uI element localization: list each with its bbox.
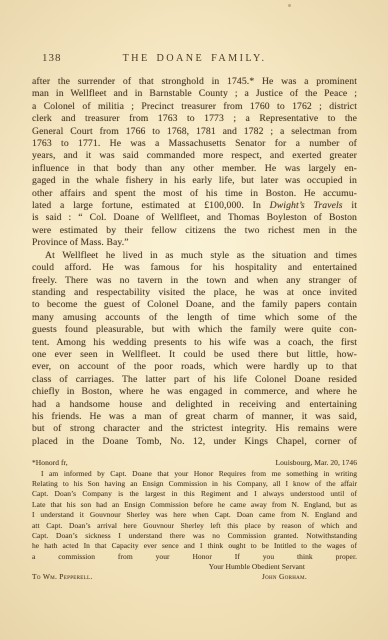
text-line: I understand it Gouvnour Sherley was her…: [32, 510, 357, 520]
text-line: placed in the Doane Tomb, No. 12, under …: [32, 436, 357, 448]
text-line: class of carriages. The latter part of h…: [32, 374, 357, 386]
footnote-signature-row: To Wm. Pepperell. John Gorham.: [32, 572, 357, 582]
text-line: General Court from 1766 to 1768, 1781 an…: [32, 126, 357, 138]
text-line: Capt. Doan’s sickness I understand there…: [32, 531, 357, 541]
footnote-signature: John Gorham.: [262, 572, 307, 582]
text-line: had a handsome house and delighted in re…: [32, 399, 357, 411]
text-line: is said : “ Col. Doane of Wellfleet, and…: [32, 212, 357, 224]
text-line: were estimated by their fellow citizens …: [32, 225, 357, 237]
text-line: At Wellfleet he lived in as much style a…: [32, 250, 357, 262]
text-line: a Colonel of militia ; Precinct treasure…: [32, 101, 357, 113]
text-line: Late that his son had an Ensign Commissi…: [32, 500, 357, 510]
footnote-closing: Your Humble Obedient Servant: [32, 562, 357, 572]
text-line: tent. Among his wedding presents to his …: [32, 337, 357, 349]
footnote-body: I am informed by Capt. Doane that your H…: [32, 469, 357, 563]
text-line: years, and it was said commanded more re…: [32, 150, 357, 162]
text-line: other affairs and spent the most of his …: [32, 188, 357, 200]
text-line: I am informed by Capt. Doane that your H…: [32, 469, 357, 479]
footnote-headline: *Honord fr, Louisbourg, Mar. 20, 1746: [32, 458, 357, 468]
text-line: could afford. He was famous for his hosp…: [32, 262, 357, 274]
text-line: a commission from your Honor If you thin…: [32, 552, 357, 562]
running-title: THE DOANE FAMILY.: [32, 52, 357, 65]
text-line: 1763 to 1771. He was a Massachusetts Sen…: [32, 138, 357, 150]
text-line: his friends. He was a man of great charm…: [32, 411, 357, 423]
text-line: ever, on account of the poor roads, whic…: [32, 361, 357, 373]
paragraph-at-wellfleet: At Wellfleet he lived in as much style a…: [32, 250, 357, 449]
footnote-addressee: To Wm. Pepperell.: [32, 572, 93, 582]
text-line: Relating to his Son having an Ensign Com…: [32, 479, 357, 489]
text-line: lated a large fortune, estimated at £100…: [32, 200, 357, 212]
page-number: 138: [42, 52, 62, 65]
body-text: after the surrender of that stronghold i…: [32, 76, 357, 448]
scan-speck: [288, 4, 291, 7]
footnote: *Honord fr, Louisbourg, Mar. 20, 1746 I …: [32, 458, 357, 593]
footnote-source: [32, 583, 357, 593]
text-line: gaged in the whale fishery in his early …: [32, 175, 357, 187]
page-header: 138 THE DOANE FAMILY.: [32, 52, 357, 65]
text-line: chiefly in Boston, where he was engaged …: [32, 386, 357, 398]
text-line: Province of Mass. Bay.”: [32, 237, 357, 249]
text-line: influence in that body than any other me…: [32, 163, 357, 175]
text-line: man in Wellfleet and in Barnstable Count…: [32, 88, 357, 100]
footnote-salutation: *Honord fr,: [32, 458, 68, 468]
text-line: one ever seen in Wellfleet. It could be …: [32, 349, 357, 361]
text-line: many amusing accounts of the length of t…: [32, 312, 357, 324]
text-line: after the surrender of that stronghold i…: [32, 76, 357, 88]
footnote-dateline: Louisbourg, Mar. 20, 1746: [275, 458, 357, 468]
text-line: clerk and treasurer from 1763 to 1773 ; …: [32, 113, 357, 125]
text-line: but of strong character and the strictes…: [32, 423, 357, 435]
text-line: att Capt. Doan’s arrival here Gouvnour S…: [32, 521, 357, 531]
text-line: standing and respectability visited the …: [32, 287, 357, 299]
text-line: guests found pleasurable, but with which…: [32, 324, 357, 336]
text-line: Capt. Doan’s Company is the largest in t…: [32, 489, 357, 499]
book-page-scan: 138 THE DOANE FAMILY. after the surrende…: [0, 0, 388, 640]
text-line: to become the guest of Colonel Doane, an…: [32, 299, 357, 311]
paragraph-continuation: after the surrender of that stronghold i…: [32, 76, 357, 250]
text-line: he hath acted In that Capacity ever senc…: [32, 541, 357, 551]
text-line: freely. There was no tavern in the town …: [32, 275, 357, 287]
